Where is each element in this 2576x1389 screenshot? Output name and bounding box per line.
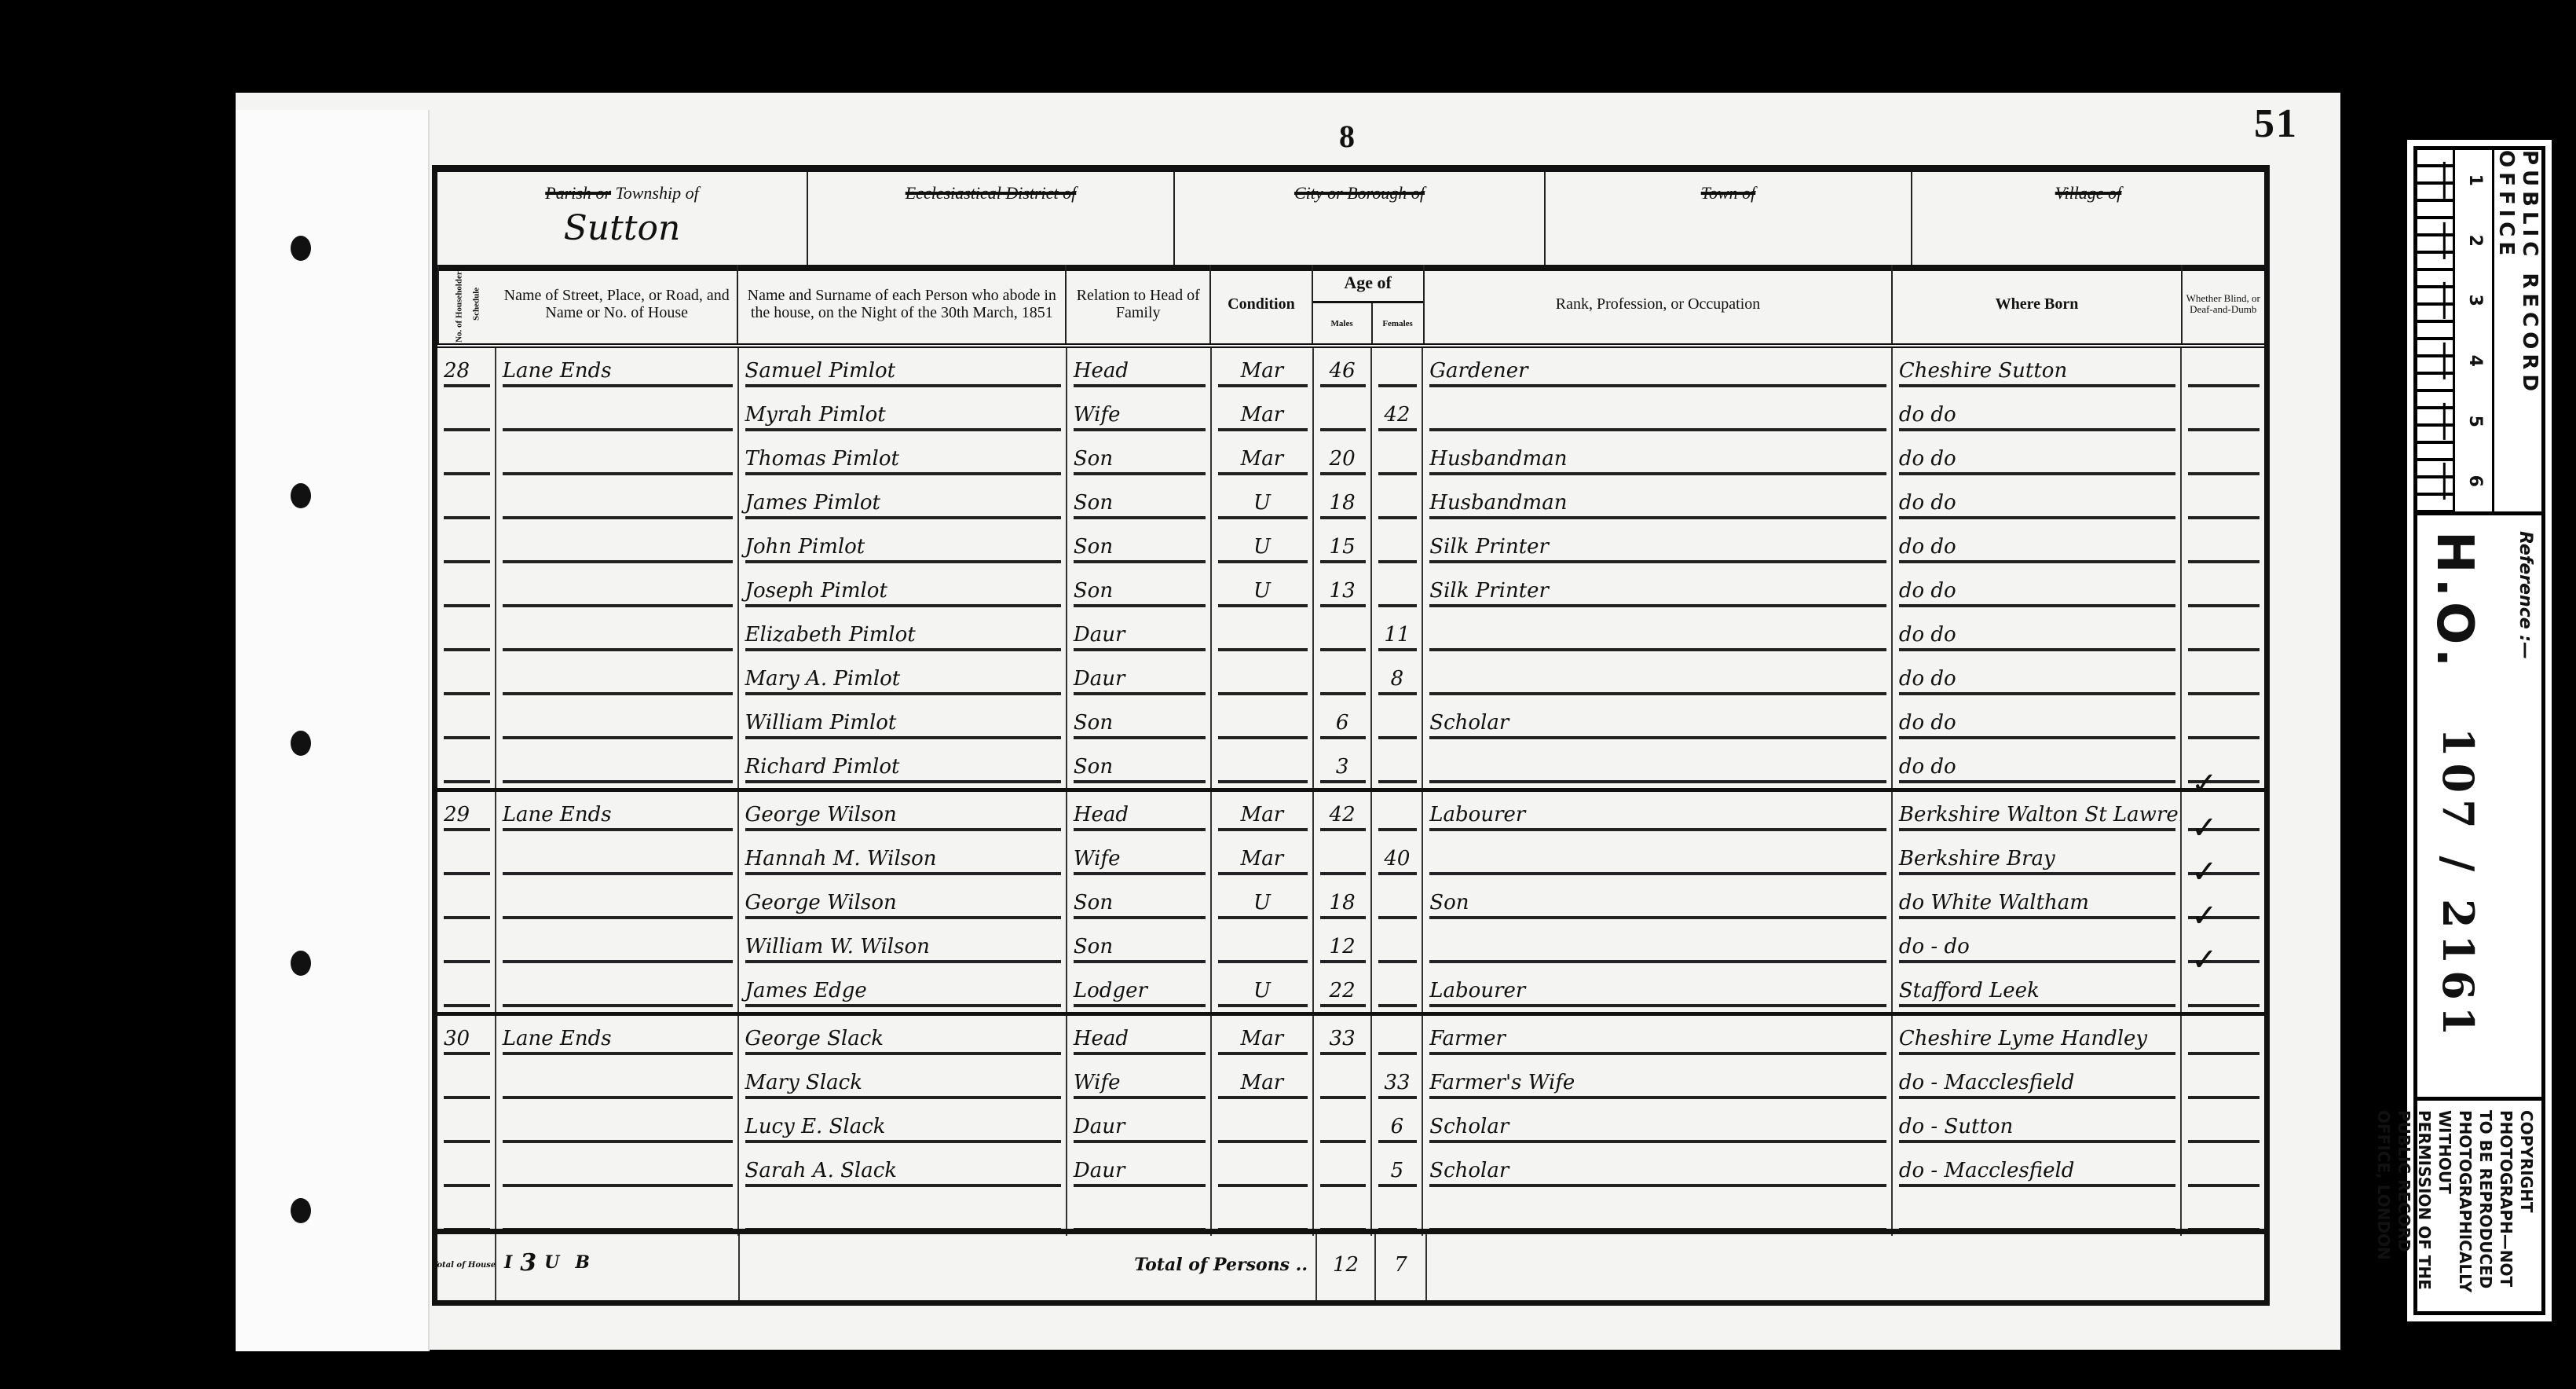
name-cell-text: William W. Wilson — [745, 935, 930, 963]
ruler-ticks — [2417, 150, 2455, 511]
occupation-cell: Gardener — [1423, 348, 1893, 392]
where-born-cell: Berkshire Bray — [1893, 836, 2183, 880]
where-born-cell: do do — [1893, 656, 2183, 700]
female-age-cell — [1372, 968, 1423, 1012]
name-cell-text: John Pimlot — [745, 535, 865, 563]
district-header: Parish or Township of Sutton Ecclesiasti… — [437, 172, 2264, 271]
col-blind: Whether Blind, or Deaf-and-Dumb — [2183, 265, 2264, 343]
where-born-cell: Stafford Leek — [1893, 968, 2183, 1012]
township-cell: Parish or Township of Sutton — [437, 172, 808, 265]
relation-cell-text: Head — [1074, 803, 1129, 831]
table-row: William PimlotSon6Scholardo do — [437, 700, 2264, 744]
table-row: Hannah M. WilsonWifeMar40Berkshire Bray — [437, 836, 2264, 880]
male-age-cell: 13 — [1314, 568, 1373, 612]
relation-cell: Head — [1067, 792, 1212, 836]
male-age-cell: 3 — [1314, 744, 1373, 788]
schedule-no-cell: 28 — [437, 348, 496, 392]
condition-cell-text: U — [1253, 979, 1271, 1007]
total-males: 12 — [1317, 1234, 1376, 1300]
blind-cell — [2182, 1148, 2264, 1192]
female-age-cell-text: 42 — [1384, 403, 1410, 431]
female-age-cell-text: 8 — [1391, 667, 1404, 695]
occupation-cell-text: Son — [1429, 891, 1469, 919]
street-cell — [496, 924, 739, 968]
schedule-no-cell — [437, 436, 496, 480]
condition-cell: U — [1212, 968, 1314, 1012]
male-age-cell: 15 — [1314, 524, 1373, 568]
condition-cell-text: Mar — [1241, 403, 1284, 431]
where-born-cell-text: do do — [1899, 667, 1956, 695]
where-born-cell-text: do do — [1899, 491, 1956, 519]
male-age-cell: 18 — [1314, 880, 1373, 924]
condition-cell-text: U — [1253, 579, 1271, 607]
where-born-cell: do do — [1893, 700, 2183, 744]
blind-cell — [2182, 1104, 2264, 1148]
relation-cell-text: Daur — [1074, 667, 1125, 695]
where-born-cell-text: do - Macclesfield — [1899, 1071, 2075, 1099]
occupation-cell — [1423, 656, 1893, 700]
male-age-cell-text: 18 — [1330, 891, 1356, 919]
occupation-cell: Silk Printer — [1423, 568, 1893, 612]
punch-hole — [291, 951, 311, 976]
col-name: Name and Surname of each Person who abod… — [738, 265, 1067, 343]
condition-cell — [1212, 1148, 1314, 1192]
col-street: Name of Street, Place, or Road, and Name… — [496, 265, 738, 343]
occupation-cell-text: Scholar — [1429, 711, 1509, 739]
relation-cell-text: Head — [1074, 1027, 1129, 1055]
where-born-cell-text: do do — [1899, 535, 1956, 563]
table-row: 29Lane EndsGeorge WilsonHeadMar42Laboure… — [437, 792, 2264, 836]
where-born-cell: Cheshire Lyme Handley — [1893, 1016, 2183, 1060]
ruler-number: 2 — [2443, 222, 2504, 259]
name-cell: Mary Slack — [739, 1060, 1067, 1104]
table-row: Mary A. PimlotDaur8do do — [437, 656, 2264, 700]
blind-cell — [2182, 1016, 2264, 1060]
parish-label: Parish or — [545, 183, 611, 203]
schedule-no-cell-text: 30 — [444, 1027, 470, 1055]
schedule-no-cell — [437, 1104, 496, 1148]
street-cell — [496, 656, 739, 700]
occupation-cell-text: Labourer — [1429, 803, 1525, 831]
folio-mark: 8 — [1339, 118, 1355, 155]
where-born-cell: do do — [1893, 392, 2183, 436]
street-cell — [496, 568, 739, 612]
blind-cell — [2182, 348, 2264, 392]
city-borough-cell: City or Borough of — [1175, 172, 1546, 265]
female-age-cell — [1372, 524, 1423, 568]
male-age-cell-text: 6 — [1336, 711, 1349, 739]
male-age-cell — [1314, 612, 1373, 656]
street-cell: Lane Ends — [496, 792, 739, 836]
where-born-cell-text: Berkshire Bray — [1899, 847, 2055, 875]
schedule-no-cell — [437, 568, 496, 612]
female-age-cell — [1372, 792, 1423, 836]
condition-cell: Mar — [1212, 1060, 1314, 1104]
series-code: H.O. — [2425, 531, 2483, 672]
condition-cell-text: U — [1253, 535, 1271, 563]
male-age-cell: 33 — [1314, 1016, 1373, 1060]
schedule-no-cell — [437, 924, 496, 968]
table-row: Thomas PimlotSonMar20Husbandmando do — [437, 436, 2264, 480]
occupation-cell-text: Husbandman — [1429, 491, 1567, 519]
relation-cell: Head — [1067, 348, 1212, 392]
binding-margin — [236, 110, 430, 1351]
name-cell: Joseph Pimlot — [739, 568, 1067, 612]
column-headers: No. of Householder's Schedule Name of St… — [437, 265, 2264, 348]
female-age-cell — [1372, 348, 1423, 392]
table-row: 28Lane EndsSamuel PimlotHeadMar46Gardene… — [437, 348, 2264, 392]
where-born-cell: do do — [1893, 568, 2183, 612]
relation-cell-text: Wife — [1074, 403, 1121, 431]
where-born-cell: do - Sutton — [1893, 1104, 2183, 1148]
total-houses: I 3 U B — [496, 1234, 740, 1300]
check-mark-icon: ✓ — [2191, 942, 2218, 986]
female-age-cell — [1372, 744, 1423, 788]
street-cell: Lane Ends — [496, 348, 739, 392]
male-age-cell-text: 12 — [1330, 935, 1356, 963]
col-where-born: Where Born — [1893, 265, 2182, 343]
relation-cell-text: Son — [1074, 579, 1113, 607]
female-age-cell — [1372, 924, 1423, 968]
schedule-no-cell — [437, 1148, 496, 1192]
street-cell-text: Lane Ends — [503, 803, 612, 831]
reference-box: Reference :— H.O. 107 / 2161 — [2417, 515, 2541, 1101]
female-age-cell: 42 — [1372, 392, 1423, 436]
schedule-no-cell — [437, 880, 496, 924]
condition-cell-text: U — [1253, 891, 1271, 919]
uninhabited-prefix: U — [544, 1252, 559, 1277]
female-age-cell — [1372, 880, 1423, 924]
street-cell — [496, 836, 739, 880]
street-cell — [496, 968, 739, 1012]
reference-strip: 123456 PUBLIC RECORD OFFICE Reference :—… — [2407, 140, 2552, 1321]
check-mark-icon: ✓ — [2191, 898, 2218, 942]
total-houses-label: Total of Houses — [437, 1234, 496, 1300]
condition-cell-text: Mar — [1241, 359, 1284, 387]
name-cell-text: Elizabeth Pimlot — [745, 623, 916, 651]
schedule-no-cell — [437, 1060, 496, 1104]
table-row: Lucy E. SlackDaur6Scholardo - Sutton — [437, 1104, 2264, 1148]
occupation-cell: Silk Printer — [1423, 524, 1893, 568]
female-age-cell — [1372, 700, 1423, 744]
occupation-cell: Farmer — [1423, 1016, 1893, 1060]
blind-cell — [2182, 524, 2264, 568]
name-cell: Myrah Pimlot — [739, 392, 1067, 436]
punch-hole — [291, 731, 311, 756]
relation-cell: Wife — [1067, 392, 1212, 436]
relation-cell-text: Wife — [1074, 1071, 1121, 1099]
name-cell: Mary A. Pimlot — [739, 656, 1067, 700]
name-cell-text: Joseph Pimlot — [745, 579, 887, 607]
village-cell: Village of — [1912, 172, 2264, 265]
name-cell-text: Sarah A. Slack — [745, 1159, 898, 1187]
condition-cell: U — [1212, 568, 1314, 612]
male-age-cell-text: 13 — [1330, 579, 1356, 607]
ruler-number: 1 — [2443, 162, 2504, 199]
table-row: Sarah A. SlackDaur5Scholardo - Macclesfi… — [437, 1148, 2264, 1192]
female-age-cell-text: 40 — [1384, 847, 1410, 875]
condition-cell: Mar — [1212, 836, 1314, 880]
condition-cell: Mar — [1212, 392, 1314, 436]
table-row: Mary SlackWifeMar33Farmer's Wifedo - Mac… — [437, 1060, 2264, 1104]
relation-cell: Son — [1067, 524, 1212, 568]
relation-cell-text: Son — [1074, 891, 1113, 919]
condition-cell — [1212, 744, 1314, 788]
where-born-cell: Berkshire Walton St Lawrence — [1893, 792, 2183, 836]
name-cell: Hannah M. Wilson — [739, 836, 1067, 880]
street-cell — [496, 1148, 739, 1192]
male-age-cell — [1314, 392, 1373, 436]
male-age-cell — [1314, 836, 1373, 880]
female-age-cell-text: 6 — [1391, 1115, 1404, 1143]
street-cell — [496, 524, 739, 568]
where-born-cell: do - Macclesfield — [1893, 1148, 2183, 1192]
occupation-cell: Son — [1423, 880, 1893, 924]
female-age-cell-text: 5 — [1391, 1159, 1404, 1187]
male-age-cell-text: 46 — [1330, 359, 1356, 387]
relation-cell-text: Daur — [1074, 1159, 1125, 1187]
township-label: Township of — [616, 183, 699, 203]
census-rows: 28Lane EndsSamuel PimlotHeadMar46Gardene… — [437, 348, 2264, 1236]
col-schedule-no: No. of Householder's Schedule — [437, 265, 496, 343]
name-cell: Lucy E. Slack — [739, 1104, 1067, 1148]
blind-cell — [2182, 480, 2264, 524]
where-born-cell: do White Waltham — [1893, 880, 2183, 924]
ruler-number: 6 — [2443, 463, 2504, 500]
punch-hole — [291, 1198, 311, 1223]
occupation-cell: Husbandman — [1423, 436, 1893, 480]
name-cell-text: Lucy E. Slack — [745, 1115, 886, 1143]
table-row: Elizabeth PimlotDaur11do do — [437, 612, 2264, 656]
table-row: James PimlotSonU18Husbandmando do — [437, 480, 2264, 524]
blind-cell — [2182, 436, 2264, 480]
male-age-cell: 12 — [1314, 924, 1373, 968]
name-cell-text: Myrah Pimlot — [745, 403, 886, 431]
male-age-cell-text: 20 — [1330, 447, 1356, 475]
inhabited-prefix: I — [504, 1252, 512, 1277]
male-age-cell — [1314, 1148, 1373, 1192]
schedule-no-cell — [437, 480, 496, 524]
totals-row: Total of Houses I 3 U B Total of Persons… — [437, 1229, 2264, 1300]
where-born-cell-text: Cheshire Sutton — [1899, 359, 2067, 387]
punch-hole — [291, 236, 311, 261]
piece-number: 107 / 2161 — [2433, 727, 2483, 1042]
town-cell: Town of — [1546, 172, 1912, 265]
total-females: 7 — [1376, 1234, 1427, 1300]
relation-cell-text: Son — [1074, 535, 1113, 563]
where-born-cell: do do — [1893, 524, 2183, 568]
name-cell: James Edge — [739, 968, 1067, 1012]
condition-cell: U — [1212, 524, 1314, 568]
name-cell: William W. Wilson — [739, 924, 1067, 968]
where-born-cell: do do — [1893, 744, 2183, 788]
occupation-cell: Labourer — [1423, 968, 1893, 1012]
condition-cell-text: Mar — [1241, 847, 1284, 875]
condition-cell: Mar — [1212, 348, 1314, 392]
condition-cell-text: Mar — [1241, 803, 1284, 831]
name-cell-text: George Slack — [745, 1027, 884, 1055]
where-born-cell: do - do — [1893, 924, 2183, 968]
relation-cell: Daur — [1067, 612, 1212, 656]
female-age-cell-text: 33 — [1384, 1071, 1410, 1099]
table-row: Joseph PimlotSonU13Silk Printerdo do — [437, 568, 2264, 612]
building-prefix: B — [575, 1252, 590, 1277]
name-cell-text: Richard Pimlot — [745, 755, 900, 783]
street-cell — [496, 1104, 739, 1148]
condition-cell-text: U — [1253, 491, 1271, 519]
male-age-cell: 46 — [1314, 348, 1373, 392]
female-age-cell-text: 11 — [1384, 623, 1410, 651]
pro-title: PUBLIC RECORD OFFICE — [2494, 150, 2541, 511]
where-born-cell: do do — [1893, 436, 2183, 480]
condition-cell-text: Mar — [1241, 1027, 1284, 1055]
where-born-cell-text: do do — [1899, 755, 1956, 783]
relation-cell: Daur — [1067, 656, 1212, 700]
schedule-no-cell: 30 — [437, 1016, 496, 1060]
where-born-cell-text: do - do — [1899, 935, 1970, 963]
name-cell-text: Hannah M. Wilson — [745, 847, 937, 875]
schedule-no-cell — [437, 612, 496, 656]
occupation-cell: Scholar — [1423, 700, 1893, 744]
where-born-cell: do do — [1893, 612, 2183, 656]
where-born-cell-text: do - Sutton — [1899, 1115, 2013, 1143]
occupation-cell — [1423, 744, 1893, 788]
occupation-cell-text: Farmer's Wife — [1429, 1071, 1575, 1099]
female-age-cell — [1372, 568, 1423, 612]
schedule-no-cell — [437, 700, 496, 744]
table-row: William W. WilsonSon12do - do — [437, 924, 2264, 968]
female-age-cell — [1372, 1016, 1423, 1060]
name-cell: Thomas Pimlot — [739, 436, 1067, 480]
street-cell — [496, 612, 739, 656]
occupation-cell-text: Scholar — [1429, 1115, 1509, 1143]
name-cell: Richard Pimlot — [739, 744, 1067, 788]
schedule-no-cell — [437, 836, 496, 880]
where-born-cell: Cheshire Sutton — [1893, 348, 2183, 392]
check-mark-icon: ✓ — [2191, 810, 2218, 854]
occupation-cell: Scholar — [1423, 1104, 1893, 1148]
female-age-cell: 11 — [1372, 612, 1423, 656]
col-age-group: Age of Males Females — [1313, 265, 1425, 343]
name-cell-text: William Pimlot — [745, 711, 897, 739]
name-cell: Elizabeth Pimlot — [739, 612, 1067, 656]
ecclesiastical-district-cell: Ecclesiastical District of — [808, 172, 1175, 265]
male-age-cell: 18 — [1314, 480, 1373, 524]
female-age-cell: 5 — [1372, 1148, 1423, 1192]
schedule-no-cell — [437, 392, 496, 436]
occupation-cell — [1423, 612, 1893, 656]
street-cell: Lane Ends — [496, 1016, 739, 1060]
where-born-cell-text: do do — [1899, 711, 1956, 739]
occupation-cell: Farmer's Wife — [1423, 1060, 1893, 1104]
male-age-cell — [1314, 1104, 1373, 1148]
female-age-cell: 8 — [1372, 656, 1423, 700]
blind-cell — [2182, 656, 2264, 700]
occupation-cell-text: Gardener — [1429, 359, 1528, 387]
male-age-cell — [1314, 656, 1373, 700]
relation-cell: Son — [1067, 436, 1212, 480]
occupation-cell — [1423, 836, 1893, 880]
relation-cell: Wife — [1067, 1060, 1212, 1104]
name-cell: Samuel Pimlot — [739, 348, 1067, 392]
relation-cell: Lodger — [1067, 968, 1212, 1012]
name-cell: George Wilson — [739, 880, 1067, 924]
male-age-cell-text: 15 — [1330, 535, 1356, 563]
occupation-cell-text: Silk Printer — [1429, 579, 1549, 607]
male-age-cell: 22 — [1314, 968, 1373, 1012]
male-age-cell-text: 3 — [1336, 755, 1349, 783]
female-age-cell — [1372, 480, 1423, 524]
occupation-cell: Scholar — [1423, 1148, 1893, 1192]
page-number: 51 — [2254, 101, 2298, 147]
street-cell — [496, 880, 739, 924]
check-mark-icon: ✓ — [2191, 766, 2218, 810]
relation-cell: Son — [1067, 568, 1212, 612]
relation-cell: Daur — [1067, 1104, 1212, 1148]
condition-cell — [1212, 1104, 1314, 1148]
blind-cell — [2182, 700, 2264, 744]
street-cell — [496, 700, 739, 744]
check-mark-icon: ✓ — [2191, 854, 2218, 898]
relation-cell: Daur — [1067, 1148, 1212, 1192]
condition-cell: Mar — [1212, 436, 1314, 480]
blind-column-checks: ✓✓✓✓✓ — [2191, 766, 2218, 986]
condition-cell — [1212, 700, 1314, 744]
col-condition: Condition — [1211, 265, 1312, 343]
ruler-numbers: 123456 — [2455, 150, 2494, 511]
where-born-cell: do - Macclesfield — [1893, 1060, 2183, 1104]
blind-cell — [2182, 1060, 2264, 1104]
relation-cell-text: Head — [1074, 359, 1129, 387]
occupation-cell-text: Husbandman — [1429, 447, 1567, 475]
relation-cell-text: Daur — [1074, 623, 1125, 651]
relation-cell: Head — [1067, 1016, 1212, 1060]
relation-cell-text: Lodger — [1074, 979, 1147, 1007]
occupation-cell-text: Silk Printer — [1429, 535, 1549, 563]
condition-cell — [1212, 612, 1314, 656]
census-table: Parish or Township of Sutton Ecclesiasti… — [432, 165, 2270, 1306]
condition-cell-text: Mar — [1241, 1071, 1284, 1099]
schedule-no-cell-text: 29 — [444, 803, 470, 831]
relation-cell: Wife — [1067, 836, 1212, 880]
where-born-cell-text: do do — [1899, 579, 1956, 607]
male-age-cell-text: 42 — [1330, 803, 1356, 831]
relation-cell-text: Daur — [1074, 1115, 1125, 1143]
street-cell-text: Lane Ends — [503, 359, 612, 387]
name-cell-text: George Wilson — [745, 803, 897, 831]
relation-cell-text: Son — [1074, 935, 1113, 963]
table-row: 30Lane EndsGeorge SlackHeadMar33FarmerCh… — [437, 1016, 2264, 1060]
condition-cell-text: Mar — [1241, 447, 1284, 475]
female-age-cell — [1372, 436, 1423, 480]
condition-cell: Mar — [1212, 1016, 1314, 1060]
occupation-cell-text: Labourer — [1429, 979, 1525, 1007]
female-age-cell: 6 — [1372, 1104, 1423, 1148]
street-cell — [496, 436, 739, 480]
table-row: John PimlotSonU15Silk Printerdo do — [437, 524, 2264, 568]
inhabited-count: 3 — [520, 1249, 536, 1281]
total-persons-label: Total of Persons .. — [740, 1234, 1317, 1300]
scale-ruler: 123456 PUBLIC RECORD OFFICE — [2417, 150, 2541, 515]
male-age-cell: 6 — [1314, 700, 1373, 744]
name-cell-text: James Pimlot — [745, 491, 880, 519]
condition-cell — [1212, 924, 1314, 968]
name-cell-text: Mary A. Pimlot — [745, 667, 901, 695]
female-age-cell: 40 — [1372, 836, 1423, 880]
street-cell — [496, 480, 739, 524]
where-born-cell-text: do do — [1899, 403, 1956, 431]
punch-hole — [291, 483, 311, 508]
